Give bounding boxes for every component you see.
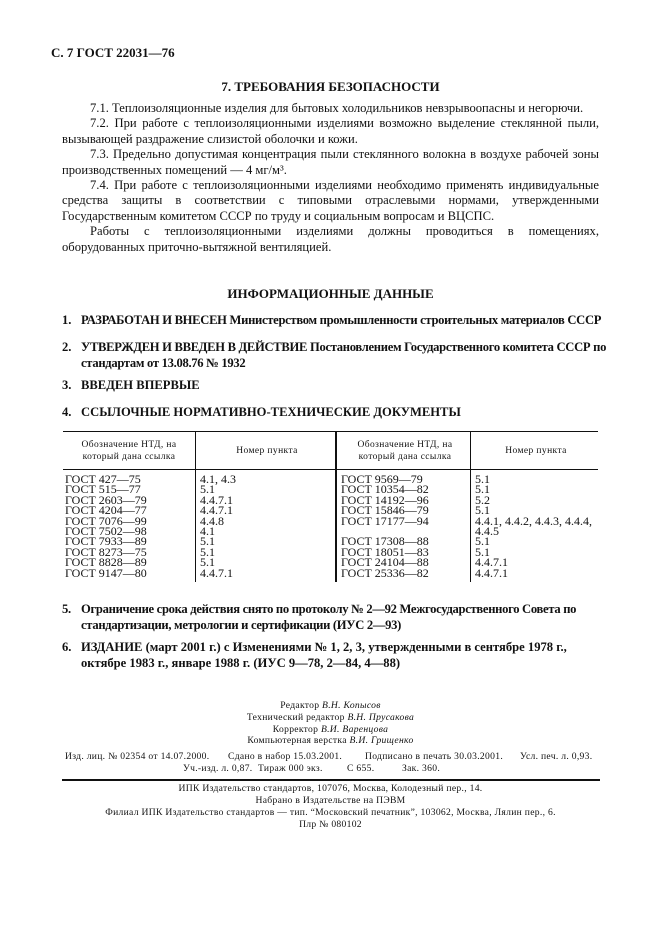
imprint-divider (62, 779, 600, 781)
doc-designation: ГОСТ 9147—80 (63, 568, 196, 582)
info-item-1: 1. РАЗРАБОТАН И ВНЕСЕН Министерством про… (62, 312, 607, 328)
section-title-safety: 7. ТРЕБОВАНИЯ БЕЗОПАСНОСТИ (0, 79, 661, 95)
section-title-info: ИНФОРМАЦИОННЫЕ ДАННЫЕ (0, 286, 661, 302)
publisher-license: Плр № 080102 (0, 819, 661, 831)
clause-number: 5.1 (196, 547, 337, 557)
imprint-typeset: Сдано в набор 15.03.2001. (228, 751, 342, 762)
table-header-row: Обозначение НТД, на который дана ссылка … (63, 432, 598, 470)
paragraph-7-2: 7.2. При работе с теплоизоляционными изд… (62, 116, 599, 147)
publisher-block: ИПК Издательство стандартов, 107076, Мос… (0, 783, 661, 831)
clause-number: 4.4.7.1 (196, 568, 337, 582)
item-caps: ВВЕДЕН ВПЕРВЫЕ (81, 378, 200, 392)
header-designation-left: Обозначение НТД, на который дана ссылка (63, 432, 196, 470)
item-number: 3. (62, 377, 71, 393)
running-head: С. 7 ГОСТ 22031—76 (51, 45, 175, 61)
reference-documents-table: Обозначение НТД, на который дана ссылка … (63, 431, 598, 582)
credit-editor: Редактор В.Н. Копысов (0, 700, 661, 712)
doc-designation: ГОСТ 25336—82 (336, 568, 471, 582)
item-number: 6. (62, 639, 71, 655)
item-number: 1. (62, 312, 71, 328)
clause-number: 5.1 (196, 536, 337, 546)
table-body: ГОСТ 427—754.1, 4.3ГОСТ 9569—795.1ГОСТ 5… (63, 470, 598, 583)
credit-tech-editor: Технический редактор В.Н. Прусакова (0, 712, 661, 724)
item-caps: ССЫЛОЧНЫЕ НОРМАТИВНО-ТЕХНИЧЕСКИЕ ДОКУМЕН… (81, 405, 461, 419)
item-caps: УТВЕРЖДЕН И ВВЕДЕН В ДЕЙСТВИЕ (81, 340, 307, 354)
paragraph-7-1: 7.1. Теплоизоляционные изделия для бытов… (62, 101, 599, 116)
item-number: 4. (62, 404, 71, 420)
header-clause-right: Номер пункта (471, 432, 599, 470)
paragraph-ventilation: Работы с теплоизоляционными изделиями до… (62, 224, 599, 255)
doc-designation: ГОСТ 17177—94 (336, 516, 471, 526)
header-clause-left: Номер пункта (196, 432, 337, 470)
clause-number: 4.4.8 (196, 516, 337, 526)
imprint-print-sheets: Усл. печ. л. 0,93. (520, 751, 592, 762)
clause-number: 4.1, 4.3 (196, 470, 337, 485)
publisher-typesetting: Набрано в Издательстве на ПЭВМ (0, 795, 661, 807)
table-row: ГОСТ 427—754.1, 4.3ГОСТ 9569—795.1 (63, 470, 598, 485)
publisher-address: ИПК Издательство стандартов, 107076, Мос… (0, 783, 661, 795)
header-designation-right: Обозначение НТД, на который дана ссылка (336, 432, 471, 470)
credit-layout: Компьютерная верстка В.И. Грищенко (0, 735, 661, 747)
imprint-signed: Подписано в печать 30.03.2001. (365, 751, 503, 762)
paragraph-7-4: 7.4. При работе с теплоизоляционными изд… (62, 178, 599, 224)
imprint-code: С 655. (347, 763, 374, 774)
info-item-5: 5. Ограничение срока действия снято по п… (62, 601, 607, 633)
imprint-license: Изд. лиц. № 02354 от 14.07.2000. (65, 751, 209, 762)
paragraph-7-3: 7.3. Предельно допустимая концентрация п… (62, 147, 599, 178)
item-number: 2. (62, 339, 71, 355)
item-number: 5. (62, 601, 71, 617)
imprint-circulation: Тираж 000 экз. (258, 763, 323, 774)
item-text: (март 2001 г.) с Изменениями № 1, 2, 3, … (81, 640, 567, 670)
imprint-order: Зак. 360. (402, 763, 440, 774)
credits-block: Редактор В.Н. Копысов Технический редакт… (0, 700, 661, 747)
info-item-6: 6. ИЗДАНИЕ (март 2001 г.) с Изменениями … (62, 639, 607, 671)
item-text: Ограничение срока действия снято по прот… (81, 601, 607, 633)
safety-paragraphs: 7.1. Теплоизоляционные изделия для бытов… (62, 101, 599, 255)
info-item-2: 2. УТВЕРЖДЕН И ВВЕДЕН В ДЕЙСТВИЕ Постано… (62, 339, 607, 371)
table-row: ГОСТ 9147—804.4.7.1ГОСТ 25336—824.4.7.1 (63, 568, 598, 582)
item-text: Министерством промышленности строительны… (227, 313, 601, 327)
info-item-4: 4. ССЫЛОЧНЫЕ НОРМАТИВНО-ТЕХНИЧЕСКИЕ ДОКУ… (62, 404, 607, 420)
publisher-branch: Филиал ИПК Издательство стандартов — тип… (0, 807, 661, 819)
info-item-3: 3. ВВЕДЕН ВПЕРВЫЕ (62, 377, 607, 393)
imprint-pub-sheets: Уч.-изд. л. 0,87. (183, 763, 253, 774)
item-caps: РАЗРАБОТАН И ВНЕСЕН (81, 313, 227, 327)
clause-number: 4.4.7.1 (471, 568, 599, 582)
credit-proofreader: Корректор В.И. Варенцова (0, 724, 661, 736)
item-caps: ИЗДАНИЕ (81, 640, 142, 654)
